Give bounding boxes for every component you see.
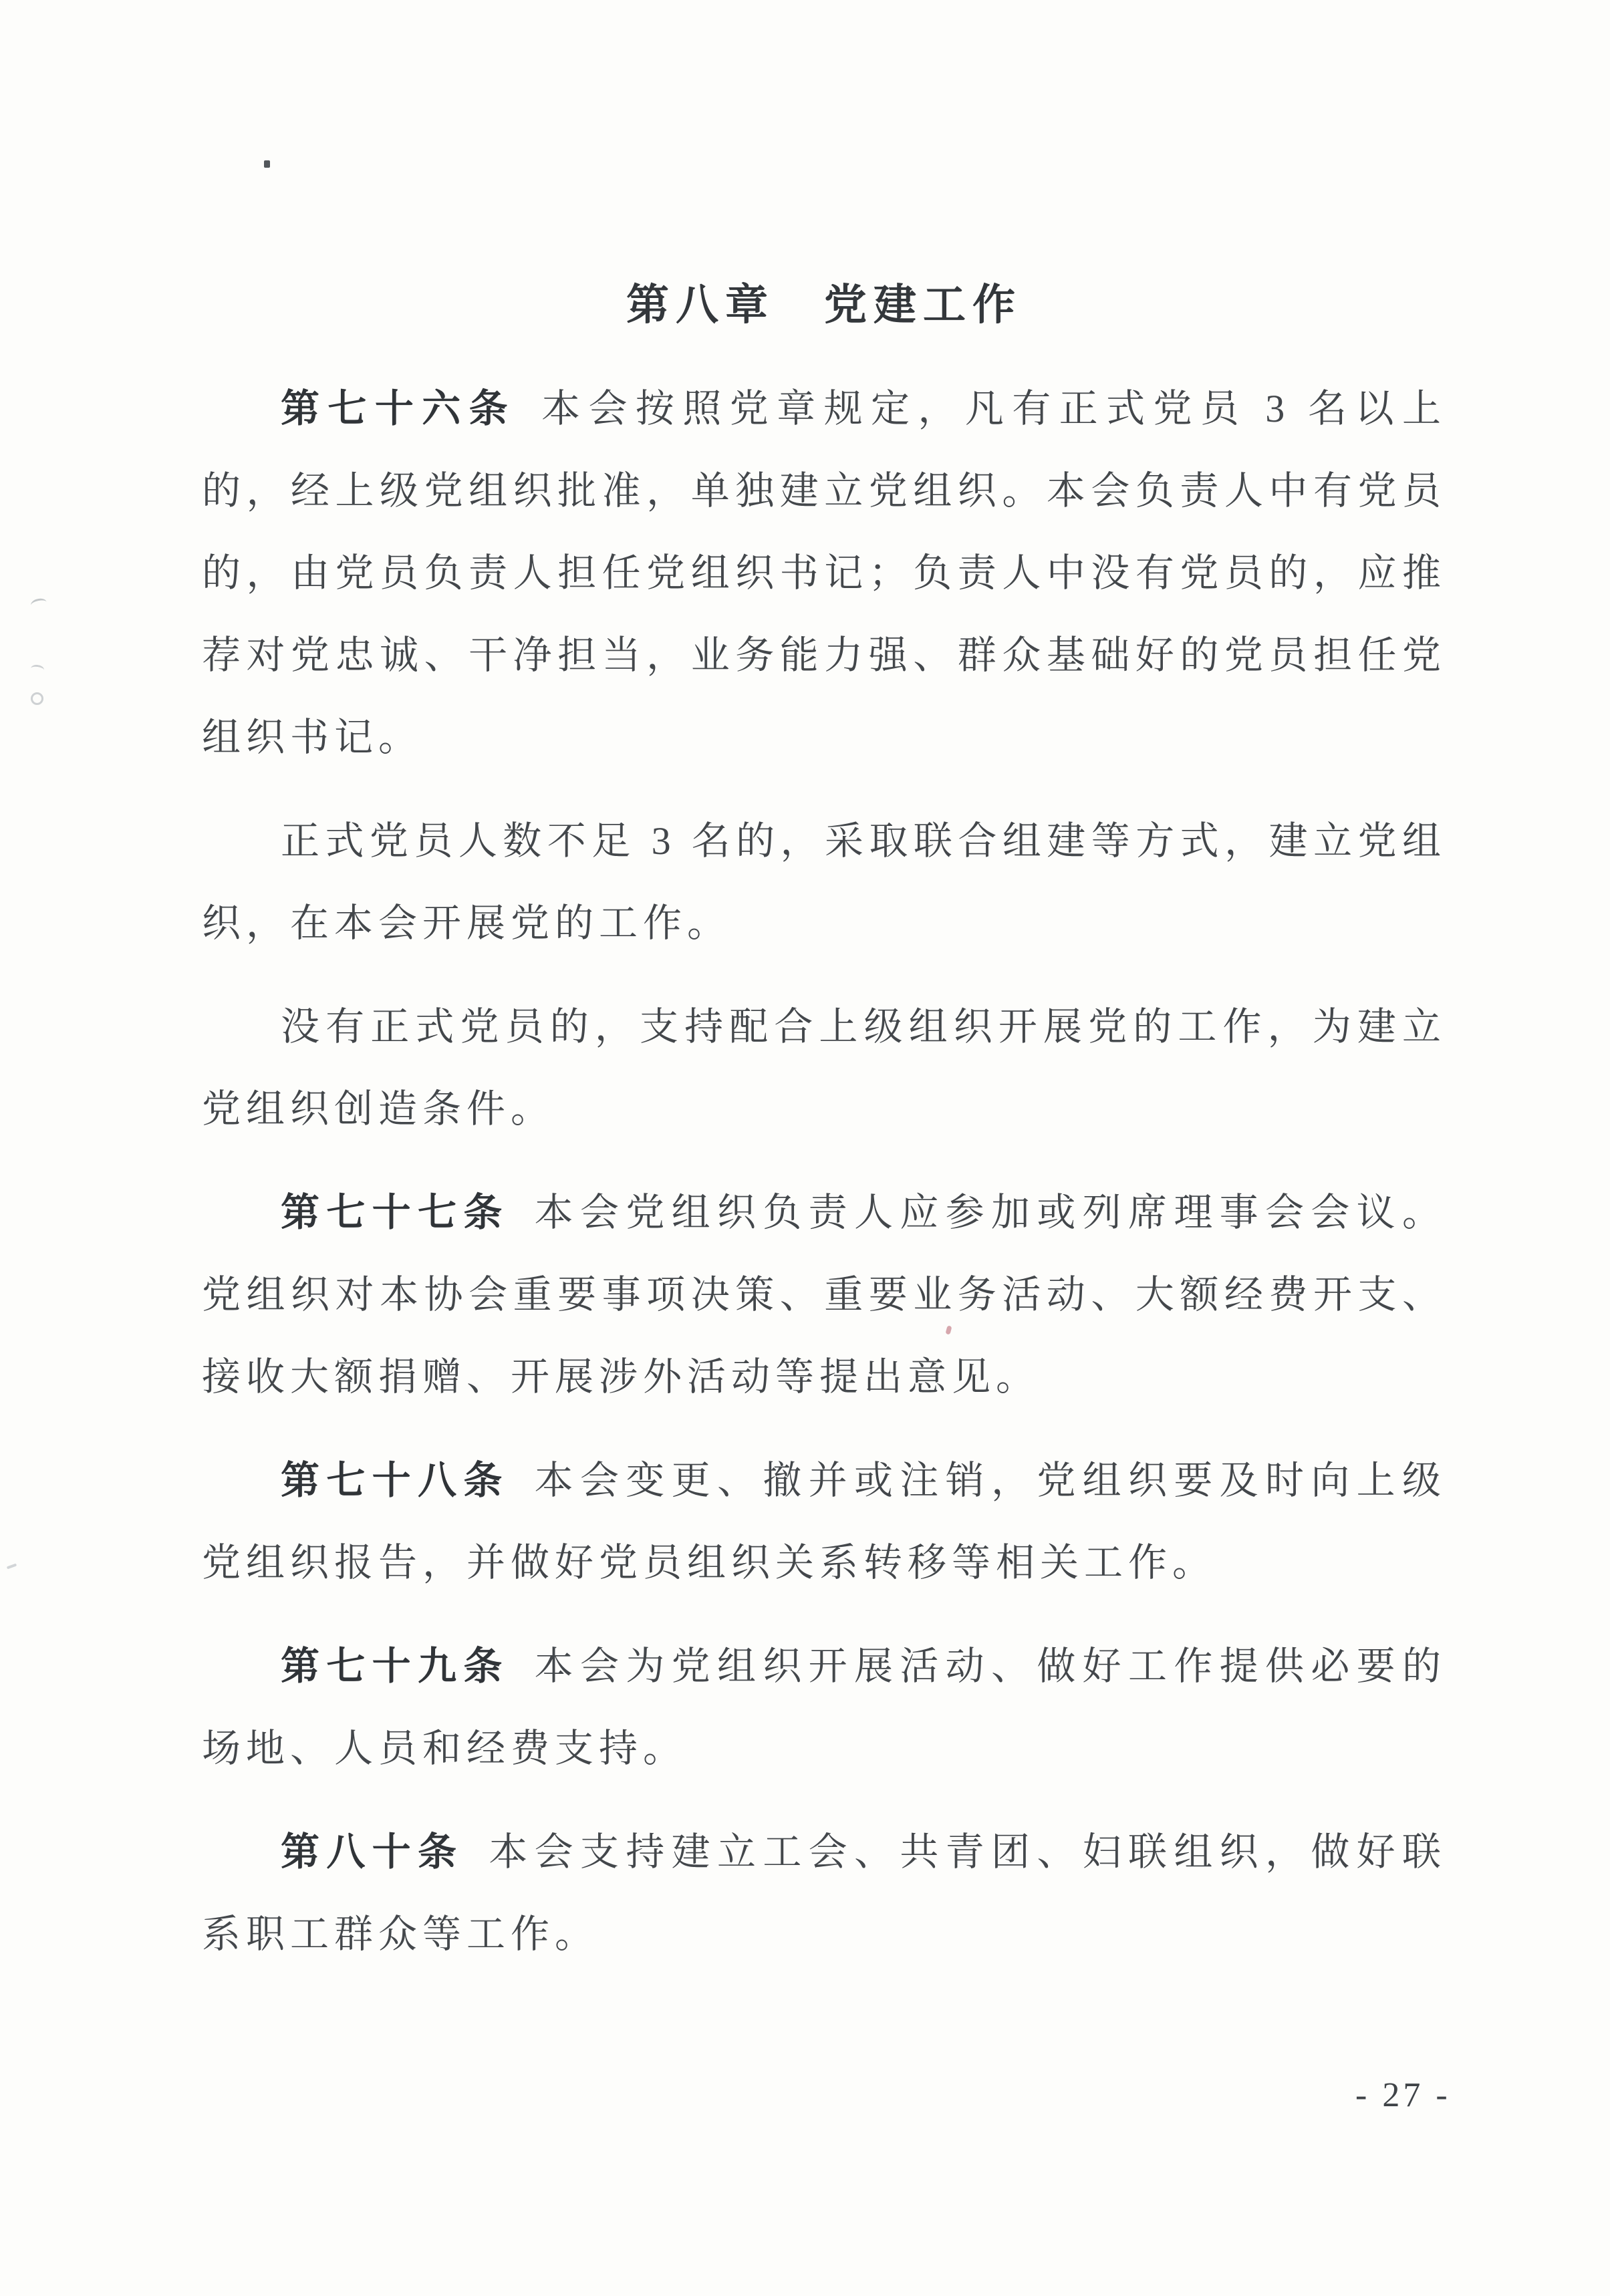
chapter-title: 第八章 党建工作 — [202, 283, 1446, 326]
article-paragraph: 第七十六条本会按照党章规定，凡有正式党员 3 名以上的，经上级党组织批准，单独建… — [202, 368, 1446, 778]
article-text: 正式党员人数不足 3 名的，采取联合组建等方式，建立党组织，在本会开展党的工作。 — [202, 819, 1446, 945]
scan-artifact — [7, 1564, 17, 1570]
document-page: 第八章 党建工作 第七十六条本会按照党章规定，凡有正式党员 3 名以上的，经上级… — [0, 0, 1610, 2296]
article-text: 本会按照党章规定，凡有正式党员 3 名以上的，经上级党组织批准，单独建立党组织。… — [202, 387, 1446, 759]
article-paragraph: 第七十九条本会为党组织开展活动、做好工作提供必要的场地、人员和经费支持。 — [202, 1625, 1446, 1789]
article-number: 第七十八条 — [281, 1459, 509, 1502]
article-number: 第八十条 — [281, 1830, 463, 1874]
article-paragraph: 没有正式党员的，支持配合上级组织开展党的工作，为建立党组织创造条件。 — [202, 986, 1446, 1150]
article-number: 第七十七条 — [281, 1191, 509, 1234]
document-body: 第八章 党建工作 第七十六条本会按照党章规定，凡有正式党员 3 名以上的，经上级… — [202, 0, 1446, 1997]
article-paragraph: 正式党员人数不足 3 名的，采取联合组建等方式，建立党组织，在本会开展党的工作。 — [202, 800, 1446, 964]
article-paragraph: 第七十七条本会党组织负责人应参加或列席理事会会议。党组织对本协会重要事项决策、重… — [202, 1171, 1446, 1418]
article-number: 第七十六条 — [281, 387, 516, 430]
scan-artifact — [30, 664, 45, 675]
article-number: 第七十九条 — [281, 1644, 509, 1688]
page-number: - 27 - — [1355, 2075, 1451, 2115]
article-text: 没有正式党员的，支持配合上级组织开展党的工作，为建立党组织创造条件。 — [202, 1005, 1446, 1131]
article-paragraph: 第七十八条本会变更、撤并或注销，党组织要及时向上级党组织报告，并做好党员组织关系… — [202, 1439, 1446, 1604]
scan-artifact — [31, 692, 43, 705]
scan-artifact — [30, 597, 48, 611]
article-paragraph: 第八十条本会支持建立工会、共青团、妇联组织，做好联系职工群众等工作。 — [202, 1811, 1446, 1975]
